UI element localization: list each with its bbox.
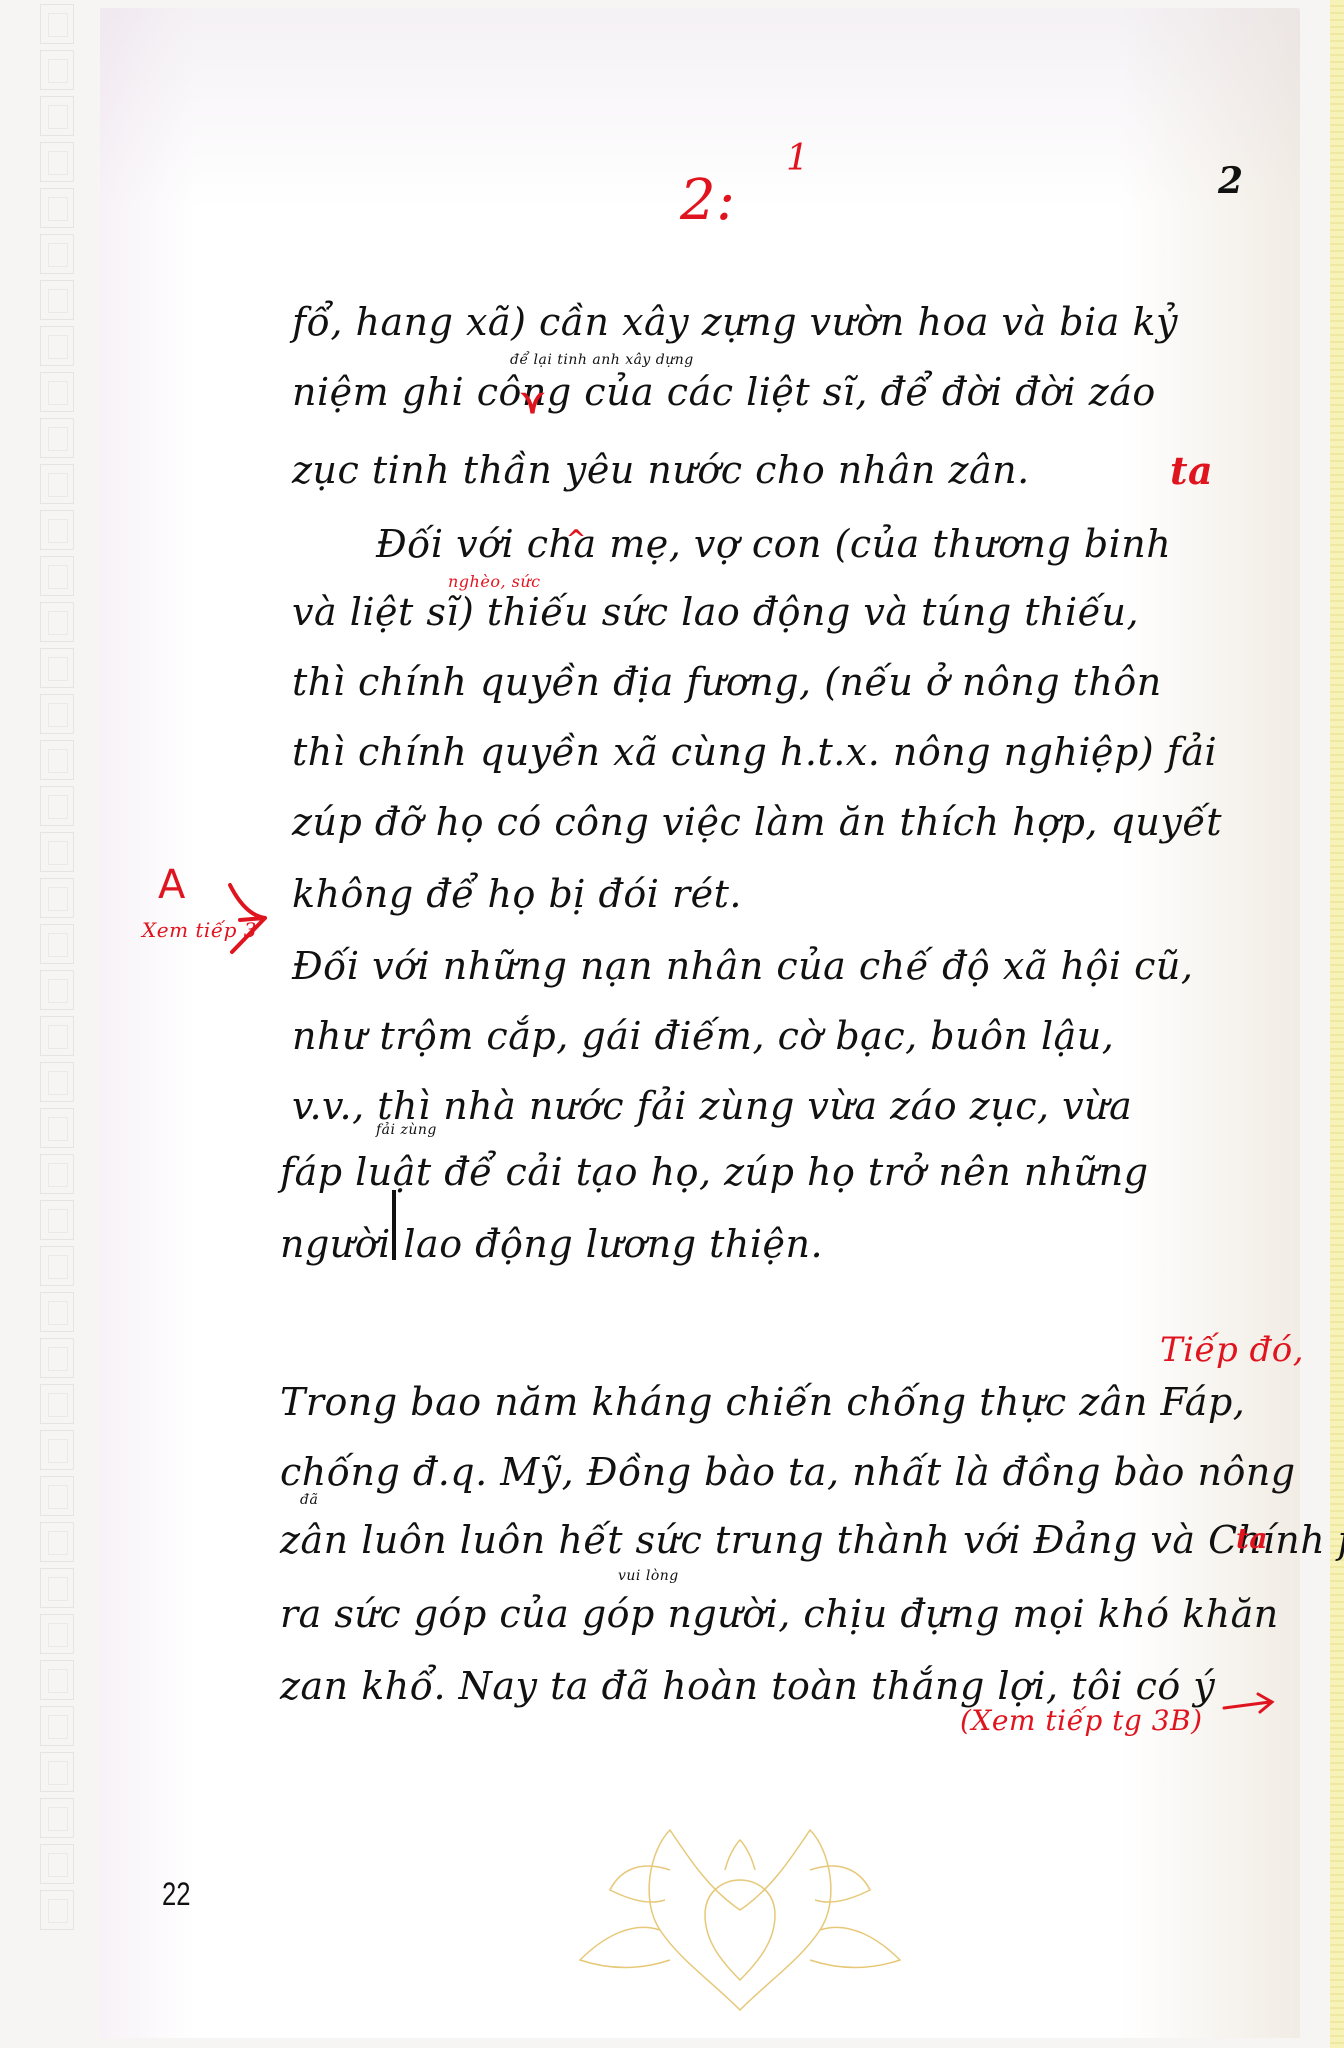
border-tile [40,878,74,918]
border-tile [40,1568,74,1608]
border-tile [40,832,74,872]
border-tile [40,1200,74,1240]
border-tile [40,464,74,504]
border-tile [40,4,74,44]
border-tile [40,786,74,826]
border-tile [40,1752,74,1792]
border-tile [40,372,74,412]
border-tile [40,740,74,780]
border-tile [40,602,74,642]
border-tile [40,1798,74,1838]
manuscript-line: chống đ.q. Mỹ, Đồng bào ta, nhất là đồng… [280,1450,1296,1494]
border-tile [40,1016,74,1056]
manuscript-line: như trộm cắp, gái điếm, cờ bạc, buôn lậu… [292,1014,1114,1058]
border-tile [40,280,74,320]
red-page-number: 2: [680,168,736,233]
red-correction: ta [1236,1522,1268,1555]
manuscript-line: người lao động lương thiện. [280,1222,823,1266]
border-tile [40,50,74,90]
red-see-next-note: (Xem tiếp tg 3B) [960,1704,1203,1737]
border-tile [40,648,74,688]
border-tile [40,510,74,550]
manuscript-line: Đối với cha mẹ, vợ con (của thương binh [376,522,1171,566]
margin-marker-a: A [158,862,185,908]
manuscript-line: zục tinh thần yêu nước cho nhân zân. [292,448,1030,492]
interlinear-insertion: đã [300,1492,318,1508]
border-tile [40,970,74,1010]
border-tile [40,188,74,228]
manuscript-line: fáp luật để cải tạo họ, zúp họ trở nên n… [280,1150,1149,1194]
printed-page-number: 22 [162,1876,190,1913]
manuscript-line: thì chính quyền địa fương, (nếu ở nông t… [292,660,1162,704]
border-tile [40,1292,74,1332]
border-tile [40,1476,74,1516]
border-tile [40,1384,74,1424]
border-tile [40,96,74,136]
border-tile [40,1522,74,1562]
border-tile [40,142,74,182]
manuscript-line: fổ, hang xã) cần xây zựng vườn hoa và bi… [292,300,1178,344]
insert-caret-icon: ⋎ [520,382,545,422]
manuscript-line: không để họ bị đói rét. [292,872,742,916]
border-tile [40,1614,74,1654]
border-tile [40,556,74,596]
red-arrow-icon [220,880,300,960]
red-page-mark: 1 [786,138,809,179]
decorative-border [40,0,78,2048]
border-tile [40,1706,74,1746]
page-edge [1330,0,1344,2048]
border-tile [40,1246,74,1286]
border-tile [40,1154,74,1194]
manuscript-line: niệm ghi công của các liệt sĩ, để đời đờ… [292,370,1156,414]
border-tile [40,1890,74,1930]
manuscript-line: zúp đỡ họ có công việc làm ăn thích hợp,… [292,800,1222,844]
border-tile [40,1062,74,1102]
insert-caret-icon: ^ [566,524,586,553]
manuscript-line: ra sức góp của góp người, chịu đựng mọi … [280,1592,1279,1636]
paragraph-break-mark [392,1190,396,1260]
border-tile [40,234,74,274]
border-tile [40,1108,74,1148]
border-tile [40,418,74,458]
manuscript-line: Trong bao năm kháng chiến chống thực zân… [280,1380,1245,1424]
lotus-ornament-icon [540,1810,940,2030]
border-tile [40,1844,74,1884]
red-arrow-right-icon [1220,1690,1280,1720]
border-tile [40,694,74,734]
manuscript-line: và liệt sĩ) thiếu sức lao động và túng t… [292,590,1139,634]
manuscript-line: thì chính quyền xã cùng h.t.x. nông nghi… [292,730,1217,774]
border-tile [40,326,74,366]
red-correction: Tiếp đó, [1160,1330,1304,1370]
manuscript-line: zan khổ. Nay ta đã hoàn toàn thắng lợi, … [280,1664,1215,1708]
border-tile [40,1430,74,1470]
manuscript-line: zân luôn luôn hết sức trung thành với Đả… [280,1518,1344,1562]
interlinear-insertion: vui lòng [618,1568,679,1584]
interlinear-insertion: fải zùng [376,1122,437,1138]
red-interlinear-note: nghèo, sức [448,572,541,591]
interlinear-insertion: để lại tinh anh xây dựng [510,352,694,368]
manuscript-line: Đối với những nạn nhân của chế độ xã hội… [292,944,1193,988]
border-tile [40,924,74,964]
manuscript-page-number: 2 [1218,160,1244,202]
border-tile [40,1660,74,1700]
red-correction: ta [1170,448,1213,493]
border-tile [40,1338,74,1378]
